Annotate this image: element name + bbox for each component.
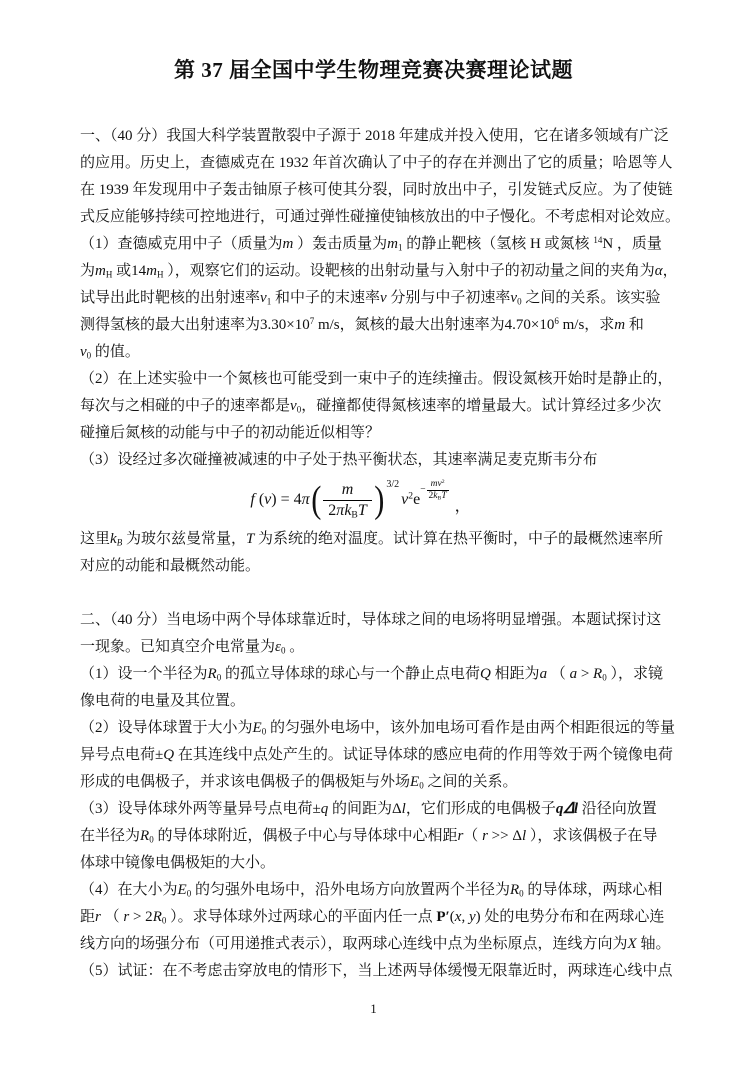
text-line: 为mH 或14mH ），观察它们的运动。设靶核的出射动量与入射中子的初动量之间的… xyxy=(80,258,671,285)
formula-power-exponent: 3/2 xyxy=(386,479,399,491)
document-page: 第 37 届全国中学生物理竞赛决赛理论试题 一、（40 分）我国大科学装置散裂中… xyxy=(0,0,747,1085)
formula-right-paren: ) xyxy=(374,483,384,517)
text-line: （1）设一个半径为R0 的孤立导体球的球心与一个静止点电荷Q 相距为a （ a … xyxy=(80,661,671,688)
problem-one-text-upper: 一、（40 分）我国大科学装置散裂中子源于 2018 年建成并投入使用，它在诸多… xyxy=(80,123,671,474)
text-line: （2）在上述实验中一个氮核也可能受到一束中子的连续撞击。假设氮核开始时是静止的， xyxy=(80,366,671,393)
text-line: （5）试证：在不考虑击穿放电的情形下，当上述两导体缓慢无限靠近时，两球连心线中点 xyxy=(80,958,671,985)
text-line: 一现象。已知真空介电常量为ε0 。 xyxy=(80,634,671,661)
section-spacer xyxy=(80,580,671,607)
problem-two-section: 二、（40 分）当电场中两个导体球靠近时，导体球之间的电场将明显增强。本题试探讨… xyxy=(80,607,671,985)
page-number: 1 xyxy=(0,1001,747,1017)
formula-exponent-numerator: mv2 xyxy=(429,479,447,490)
text-line: （3）设导体球外两等量异号点电荷±q 的间距为Δl，它们形成的电偶极子q𝛥l 沿… xyxy=(80,796,671,823)
text-line: （1）查德威克用中子（质量为m ）轰击质量为m1 的静止靶核（氢核 H 或氮核 … xyxy=(80,231,671,258)
text-line: 试导出此时靶核的出射速率v1 和中子的末速率v 分别与中子初速率v0 之间的关系… xyxy=(80,285,671,312)
text-line: （2）设导体球置于大小为E0 的匀强外电场中，该外加电场可看作是由两个相距很远的… xyxy=(80,715,671,742)
text-line: 在半径为R0 的导体球附近，偶极子中心与导体球中心相距r（ r >> Δl ），… xyxy=(80,823,671,850)
text-line: 体球中镜像电偶极矩的大小。 xyxy=(80,850,671,877)
document-title: 第 37 届全国中学生物理竞赛决赛理论试题 xyxy=(0,0,747,86)
formula-fraction-numerator: m xyxy=(337,480,359,500)
text-line: v0 的值。 xyxy=(80,339,671,366)
formula-fraction-denominator: 2πkBT xyxy=(323,500,371,521)
text-line: 像电荷的电量及其位置。 xyxy=(80,688,671,715)
text-line: 这里kB 为玻尔兹曼常量，T 为系统的绝对温度。试计算在热平衡时，中子的最概然速… xyxy=(80,526,671,553)
text-line: 对应的动能和最概然动能。 xyxy=(80,553,671,580)
problem-one-section: 一、（40 分）我国大科学装置散裂中子源于 2018 年建成并投入使用，它在诸多… xyxy=(80,123,671,580)
text-line: 距r （ r > 2R0 ）。求导体球外过两球心的平面内任一点 P′(x, y)… xyxy=(80,904,671,931)
text-line: （3）设经过多次碰撞被减速的中子处于热平衡状态，其速率满足麦克斯韦分布 xyxy=(80,447,671,474)
formula-exponent-denominator: 2kBT xyxy=(427,490,449,502)
text-line: 式反应能够持续可控地进行，可通过弹性碰撞使铀核放出的中子慢化。不考虑相对论效应。 xyxy=(80,204,671,231)
text-line: 一、（40 分）我国大科学装置散裂中子源于 2018 年建成并投入使用，它在诸多… xyxy=(80,123,671,150)
text-line: 二、（40 分）当电场中两个导体球靠近时，导体球之间的电场将明显增强。本题试探讨… xyxy=(80,607,671,634)
formula-fraction: m 2πkBT xyxy=(323,480,371,521)
formula-mid: v2e xyxy=(401,490,420,509)
problem-two-text: 二、（40 分）当电场中两个导体球靠近时，导体球之间的电场将明显增强。本题试探讨… xyxy=(80,607,671,985)
formula-exponent-fraction: mv2 2kBT xyxy=(427,479,449,502)
text-line: 每次与之相碰的中子的速率都是v0，碰撞都使得氮核速率的增量最大。试计算经过多少次 xyxy=(80,393,671,420)
text-line: 形成的电偶极子，并求该电偶极子的偶极矩与外场E0 之间的关系。 xyxy=(80,769,671,796)
formula-left-paren: ( xyxy=(311,483,321,517)
text-line: （4）在大小为E0 的匀强外电场中，沿外电场方向放置两个半径为R0 的导体球，两… xyxy=(80,877,671,904)
text-line: 异号点电荷±Q 在其连线中点处产生的。试证导体球的感应电荷的作用等效于两个镜像电… xyxy=(80,742,671,769)
formula-trailing-comma: ， xyxy=(455,497,471,526)
problem-one-text-lower: 这里kB 为玻尔兹曼常量，T 为系统的绝对温度。试计算在热平衡时，中子的最概然速… xyxy=(80,526,671,580)
text-line: 在 1939 年发现用中子轰击铀原子核可使其分裂，同时放出中子，引发链式反应。为… xyxy=(80,177,671,204)
formula-lhs: f (v) = 4π xyxy=(250,490,309,509)
document-body: 一、（40 分）我国大科学装置散裂中子源于 2018 年建成并投入使用，它在诸多… xyxy=(80,123,671,985)
text-line: 碰撞后氮核的动能与中子的初动能近似相等？ xyxy=(80,420,671,447)
text-line: 测得氢核的最大出射速率为3.30×107 m/s，氮核的最大出射速率为4.70×… xyxy=(80,312,671,339)
formula-exponent-sign: − xyxy=(420,485,425,495)
text-line: 线方向的场强分布（可用递推式表示），取两球心连线中点为坐标原点，连线方向为X 轴… xyxy=(80,931,671,958)
text-line: 的应用。历史上，查德威克在 1932 年首次确认了中子的存在并测出了它的质量；哈… xyxy=(80,150,671,177)
maxwell-speed-distribution-formula: f (v) = 4π ( m 2πkBT ) 3/2 v2e − mv2 2kB… xyxy=(80,474,641,526)
formula-e-exponent: − mv2 2kBT xyxy=(420,479,449,502)
